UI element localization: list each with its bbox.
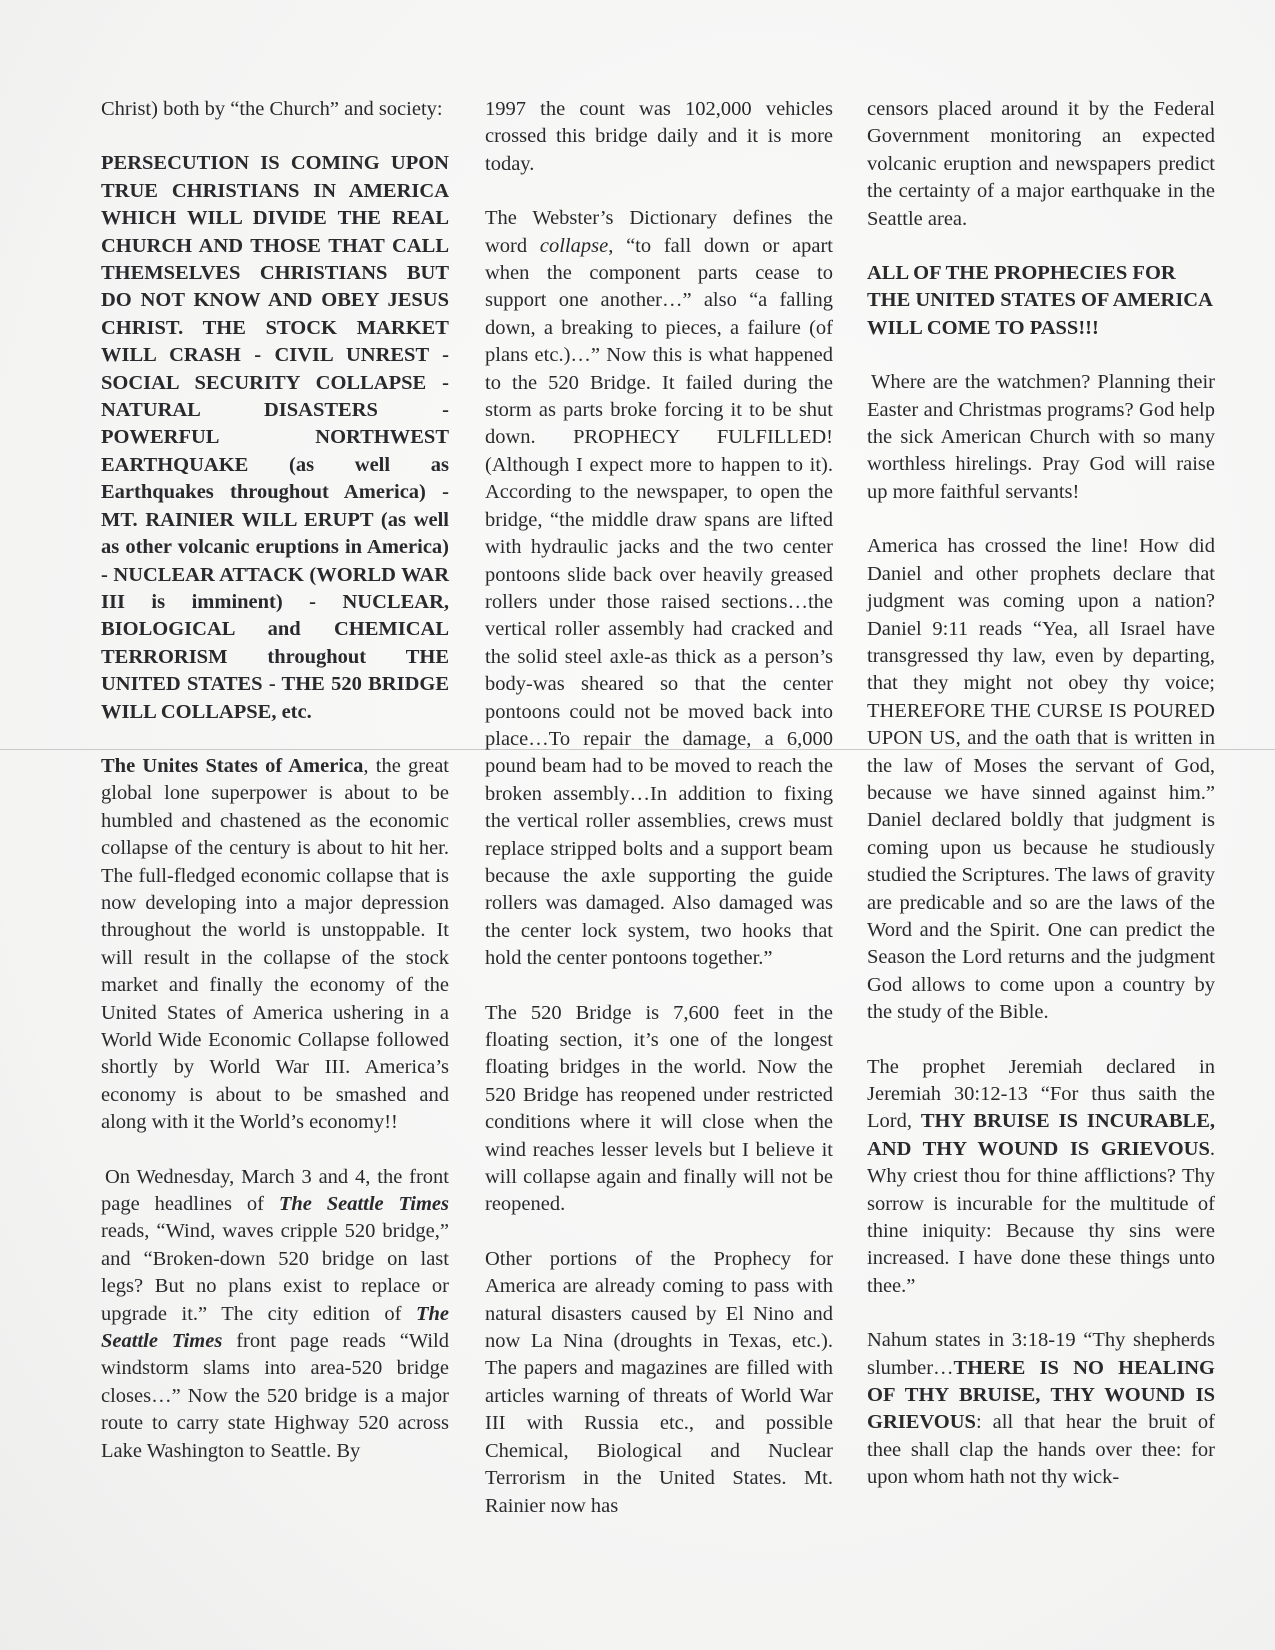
paragraph: The 520 Bridge is 7,600 feet in the floa… (485, 1000, 833, 1219)
text-run: PERSECUTION IS COMING UPON TRUE CHRISTIA… (101, 152, 449, 722)
text-run: , the great global lone superpower is ab… (101, 755, 449, 1133)
paragraph: The Webster’s Dictionary defines the wor… (485, 205, 833, 972)
paragraph: Nahum states in 3:18-19 “Thy shepherds s… (867, 1327, 1215, 1491)
text-run: Christ) both by “the Church” and society… (101, 98, 443, 120)
text-run: 1997 the count was 102,000 vehicles cros… (485, 98, 833, 175)
text-run: The 520 Bridge is 7,600 feet in the floa… (485, 1002, 833, 1216)
text-run: Where are the watchmen? Planning their E… (867, 371, 1215, 503)
column-3: censors placed around it by the Federal … (867, 96, 1215, 1519)
paragraph: Christ) both by “the Church” and society… (101, 96, 449, 123)
paragraph: Other portions of the Prophecy for Ameri… (485, 1246, 833, 1520)
column-1: Christ) both by “the Church” and society… (101, 96, 449, 1492)
text-run: The Unites States of America (101, 755, 363, 777)
text-run: America has crossed the line! How did Da… (867, 535, 1215, 1023)
paragraph: Where are the watchmen? Planning their E… (867, 369, 1215, 506)
paragraph: America has crossed the line! How did Da… (867, 533, 1215, 1026)
column-2: 1997 the count was 102,000 vehicles cros… (485, 96, 833, 1547)
paragraph: The Unites States of America, the great … (101, 753, 449, 1137)
text-run: ALL OF THE PROPHECIES FOR THE UNITED STA… (867, 262, 1212, 339)
text-run: reads, “Wind, waves cripple 520 bridge,”… (101, 1220, 449, 1324)
paragraph: The prophet Jeremiah declared in Jeremia… (867, 1054, 1215, 1301)
paragraph: On Wednesday, March 3 and 4, the front p… (101, 1164, 449, 1465)
paragraph: PERSECUTION IS COMING UPON TRUE CHRISTIA… (101, 150, 449, 726)
text-run: The Seattle Times (279, 1193, 449, 1215)
text-run: , “to fall down or apart when the compon… (485, 235, 833, 970)
text-run: . Why criest thou for thine afflictions?… (867, 1138, 1215, 1297)
paragraph: 1997 the count was 102,000 vehicles cros… (485, 96, 833, 178)
paragraph: censors placed around it by the Federal … (867, 96, 1215, 233)
text-run: collapse (540, 235, 608, 257)
text-run: censors placed around it by the Federal … (867, 98, 1215, 230)
section-heading: ALL OF THE PROPHECIES FOR THE UNITED STA… (867, 260, 1215, 342)
text-run: Other portions of the Prophecy for Ameri… (485, 1248, 833, 1517)
